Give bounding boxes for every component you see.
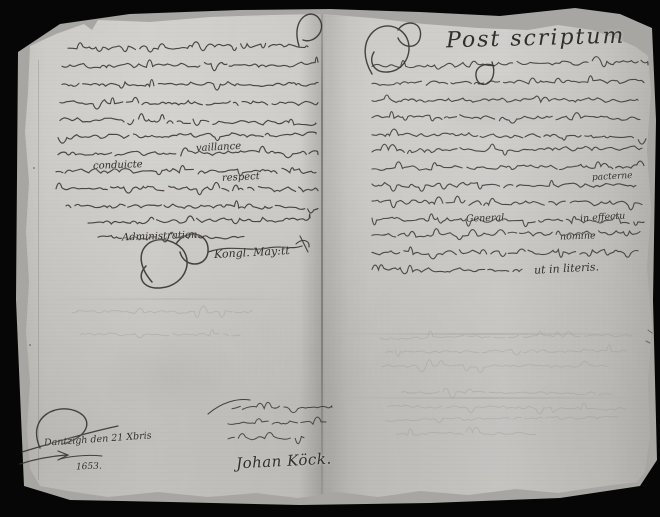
legible-word: respect <box>222 171 260 184</box>
gutter-shadow <box>300 14 348 496</box>
legible-word: conduicte <box>93 159 143 172</box>
paper-stain <box>430 70 550 140</box>
legible-word: pacterne <box>592 171 633 183</box>
center-fold-crease <box>321 14 323 496</box>
horizontal-crease <box>330 333 646 335</box>
legible-word: vaillance <box>196 141 242 154</box>
postscript-heading: Post scriptum <box>446 24 626 54</box>
manuscript-scan: Post scriptum Kongl. May:tt ut in literi… <box>0 0 660 517</box>
legible-word: General <box>466 212 505 224</box>
legible-word: nomine <box>560 230 596 242</box>
left-margin-crease <box>38 60 39 480</box>
horizontal-crease <box>40 298 310 300</box>
paper-stain <box>90 330 250 420</box>
horizontal-crease <box>340 397 640 399</box>
year-label: 1653. <box>76 462 102 473</box>
